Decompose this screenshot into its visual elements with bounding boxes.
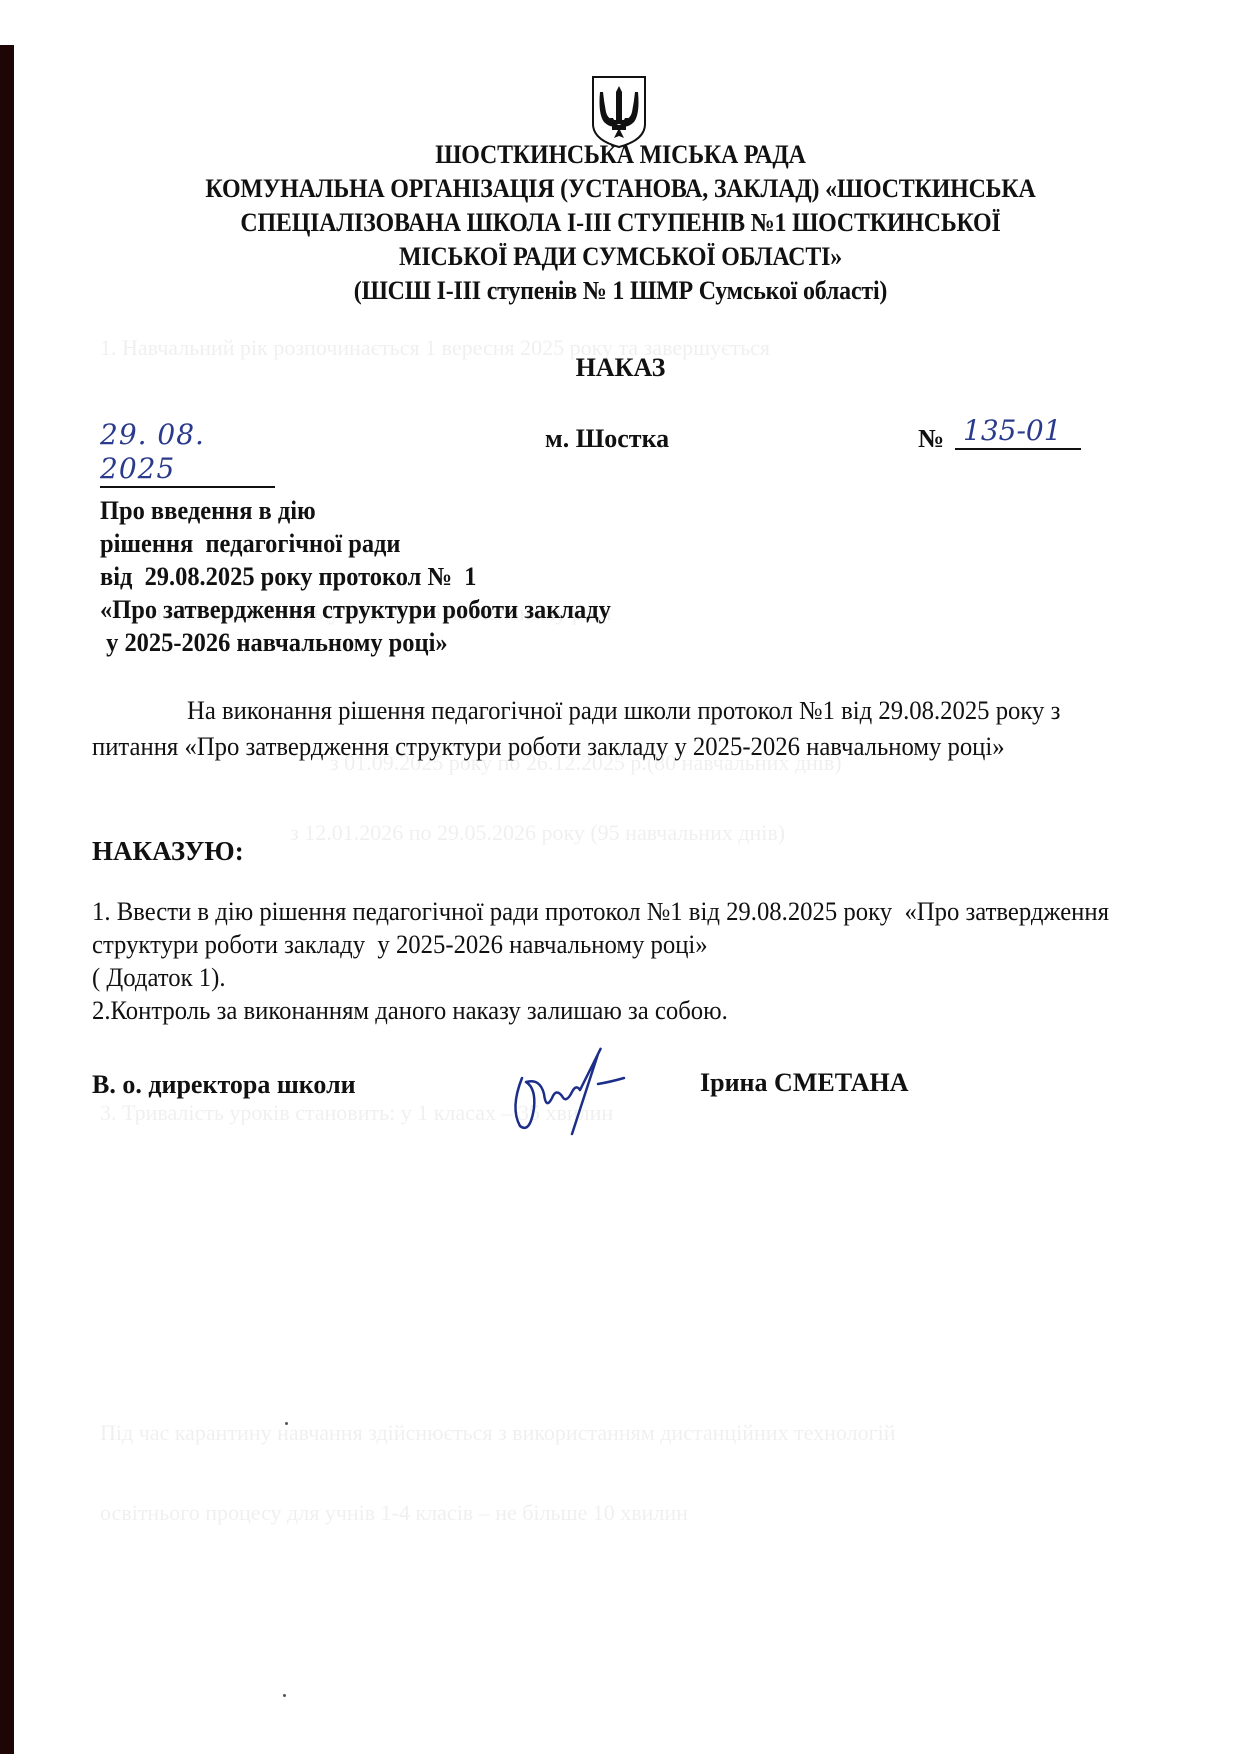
order-item: 1. Ввести в дію рішення педагогічної рад…: [92, 895, 1118, 994]
bleed-through-text: освітнього процесу для учнів 1-4 класів …: [100, 1500, 688, 1526]
subject-line: «Про затвердження структури роботи закла…: [100, 593, 611, 626]
subject-line: Про введення в дію: [100, 494, 611, 527]
signatory-name: Ірина СМЕТАНА: [700, 1068, 909, 1098]
header-line-short-name: (ШСШ І-ІІІ ступенів № 1 ШМР Сумської обл…: [50, 274, 1192, 308]
scan-edge-shadow: [0, 45, 14, 1754]
header-line: СПЕЦІАЛІЗОВАНА ШКОЛА І-ІІІ СТУПЕНІВ №1 Ш…: [50, 206, 1192, 240]
order-keyword: НАКАЗУЮ:: [92, 836, 244, 867]
preamble-paragraph: На виконання рішення педагогічної ради ш…: [92, 693, 1099, 765]
subject-line: рішення педагогічної ради: [100, 527, 611, 560]
order-subject: Про введення в дію рішення педагогічної …: [100, 494, 611, 659]
organization-header: ШОСТКИНСЬКА МІСЬКА РАДА КОМУНАЛЬНА ОРГАН…: [50, 138, 1192, 308]
handwritten-order-number: 135-01: [955, 414, 1081, 450]
header-line: КОМУНАЛЬНА ОРГАНІЗАЦІЯ (УСТАНОВА, ЗАКЛАД…: [50, 172, 1192, 206]
subject-line: у 2025-2026 навчальному році»: [100, 626, 611, 659]
bleed-through-text: з 12.01.2026 по 29.05.2026 року (95 навч…: [290, 820, 785, 846]
bleed-through-text: Під час карантину навчання здійснюється …: [100, 1420, 896, 1446]
order-item: 2.Контроль за виконанням даного наказу з…: [92, 994, 1118, 1027]
city: м. Шостка: [545, 424, 669, 454]
scan-speck: [285, 1422, 288, 1425]
subject-line: від 29.08.2025 року протокол № 1: [100, 560, 611, 593]
handwritten-date: 29. 08. 2025: [100, 418, 275, 488]
signatory-title: В. о. директора школи: [92, 1070, 356, 1100]
header-line: ШОСТКИНСЬКА МІСЬКА РАДА: [50, 138, 1192, 172]
number-label: №: [918, 424, 944, 454]
order-items: 1. Ввести в дію рішення педагогічної рад…: [92, 895, 1118, 1027]
document-type-title: НАКАЗ: [0, 353, 1241, 383]
scan-speck: [283, 1694, 286, 1697]
header-line: МІСЬКОЇ РАДИ СУМСЬКОЇ ОБЛАСТІ»: [50, 240, 1192, 274]
signature-icon: [500, 1038, 640, 1138]
